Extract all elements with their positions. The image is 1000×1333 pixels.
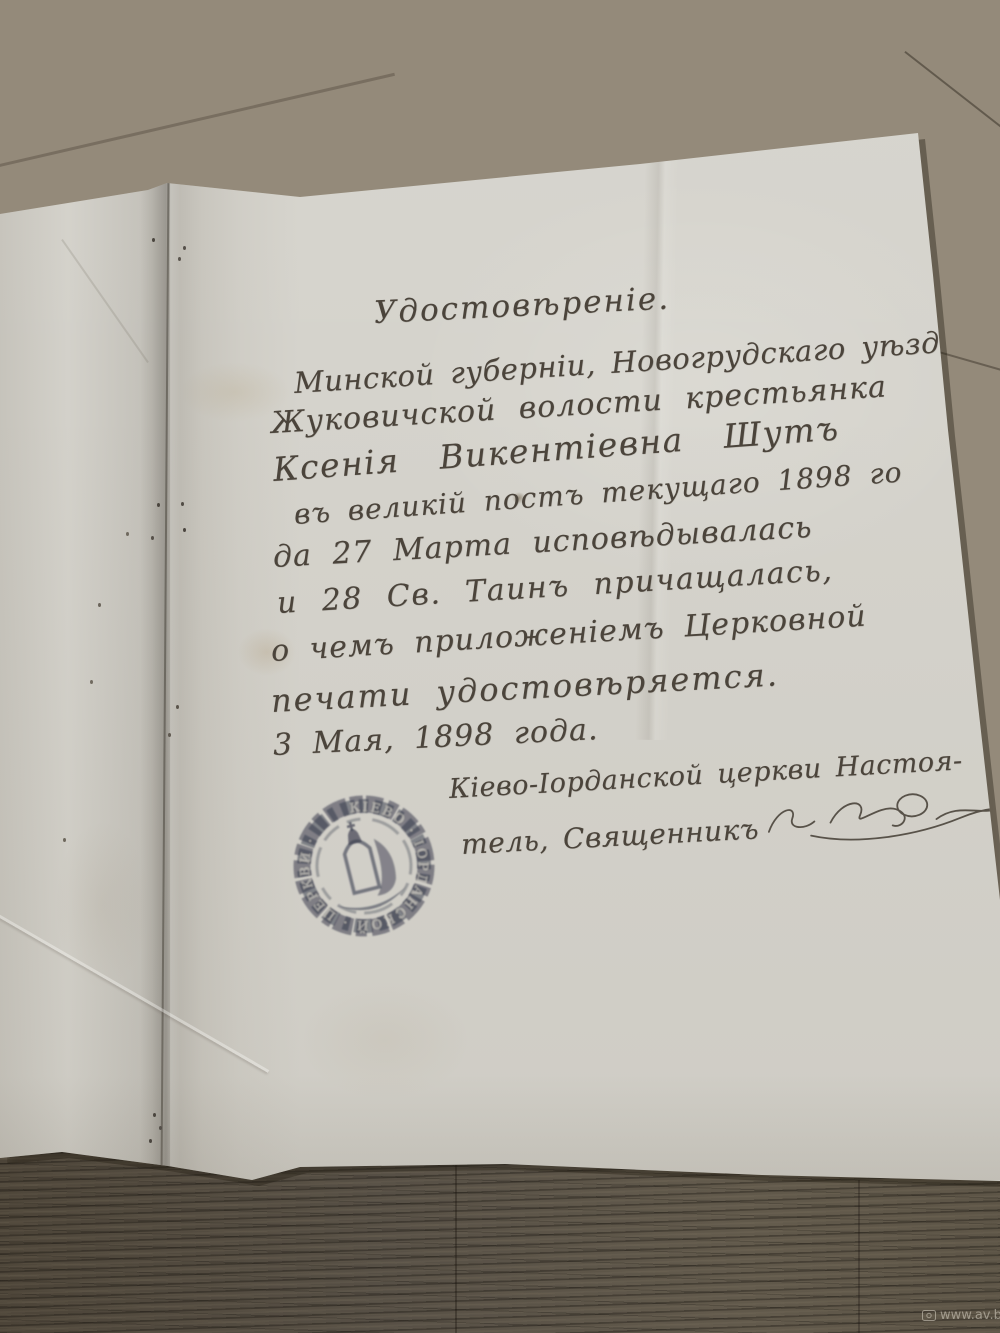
title-text: Удостовѣреніе.	[373, 281, 671, 331]
plank-seam	[858, 1180, 860, 1333]
church-icon	[318, 813, 410, 917]
line-text: тель, Священникъ	[460, 812, 759, 861]
stamp-ring-text: КІЕВО · ІОРДАНСКОЙ · ЦЕРКВИ ·	[288, 790, 440, 942]
photo-of-certificate: Удостовѣреніе. Минской губерніи, Новогру…	[0, 0, 1000, 1333]
svg-text:КІЕВО · ІОРДАНСКОЙ · ЦЕРКВИ ·: КІЕВО · ІОРДАНСКОЙ · ЦЕРКВИ ·	[288, 790, 440, 942]
document-title: Удостовѣреніе.	[373, 281, 671, 331]
document-line: печати удостовѣряется.	[270, 655, 780, 720]
plank-seam	[455, 1165, 457, 1333]
church-stamp-icon: КІЕВО · ІОРДАНСКОЙ · ЦЕРКВИ ·	[288, 790, 440, 942]
signature-flourish	[763, 783, 1000, 854]
age-stain	[300, 980, 470, 1100]
line-text: 3 Мая, 1898 года.	[272, 712, 599, 763]
watermark-text: www.av.by	[940, 1308, 1000, 1323]
watermark-icon	[922, 1310, 936, 1321]
line-text: печати удостовѣряется.	[270, 655, 780, 720]
paper-sheet: Удостовѣреніе. Минской губерніи, Новогру…	[0, 0, 1000, 1333]
watermark: www.av.by	[922, 1308, 1000, 1323]
age-stain	[55, 820, 150, 990]
document-line: 3 Мая, 1898 года.	[272, 712, 599, 763]
